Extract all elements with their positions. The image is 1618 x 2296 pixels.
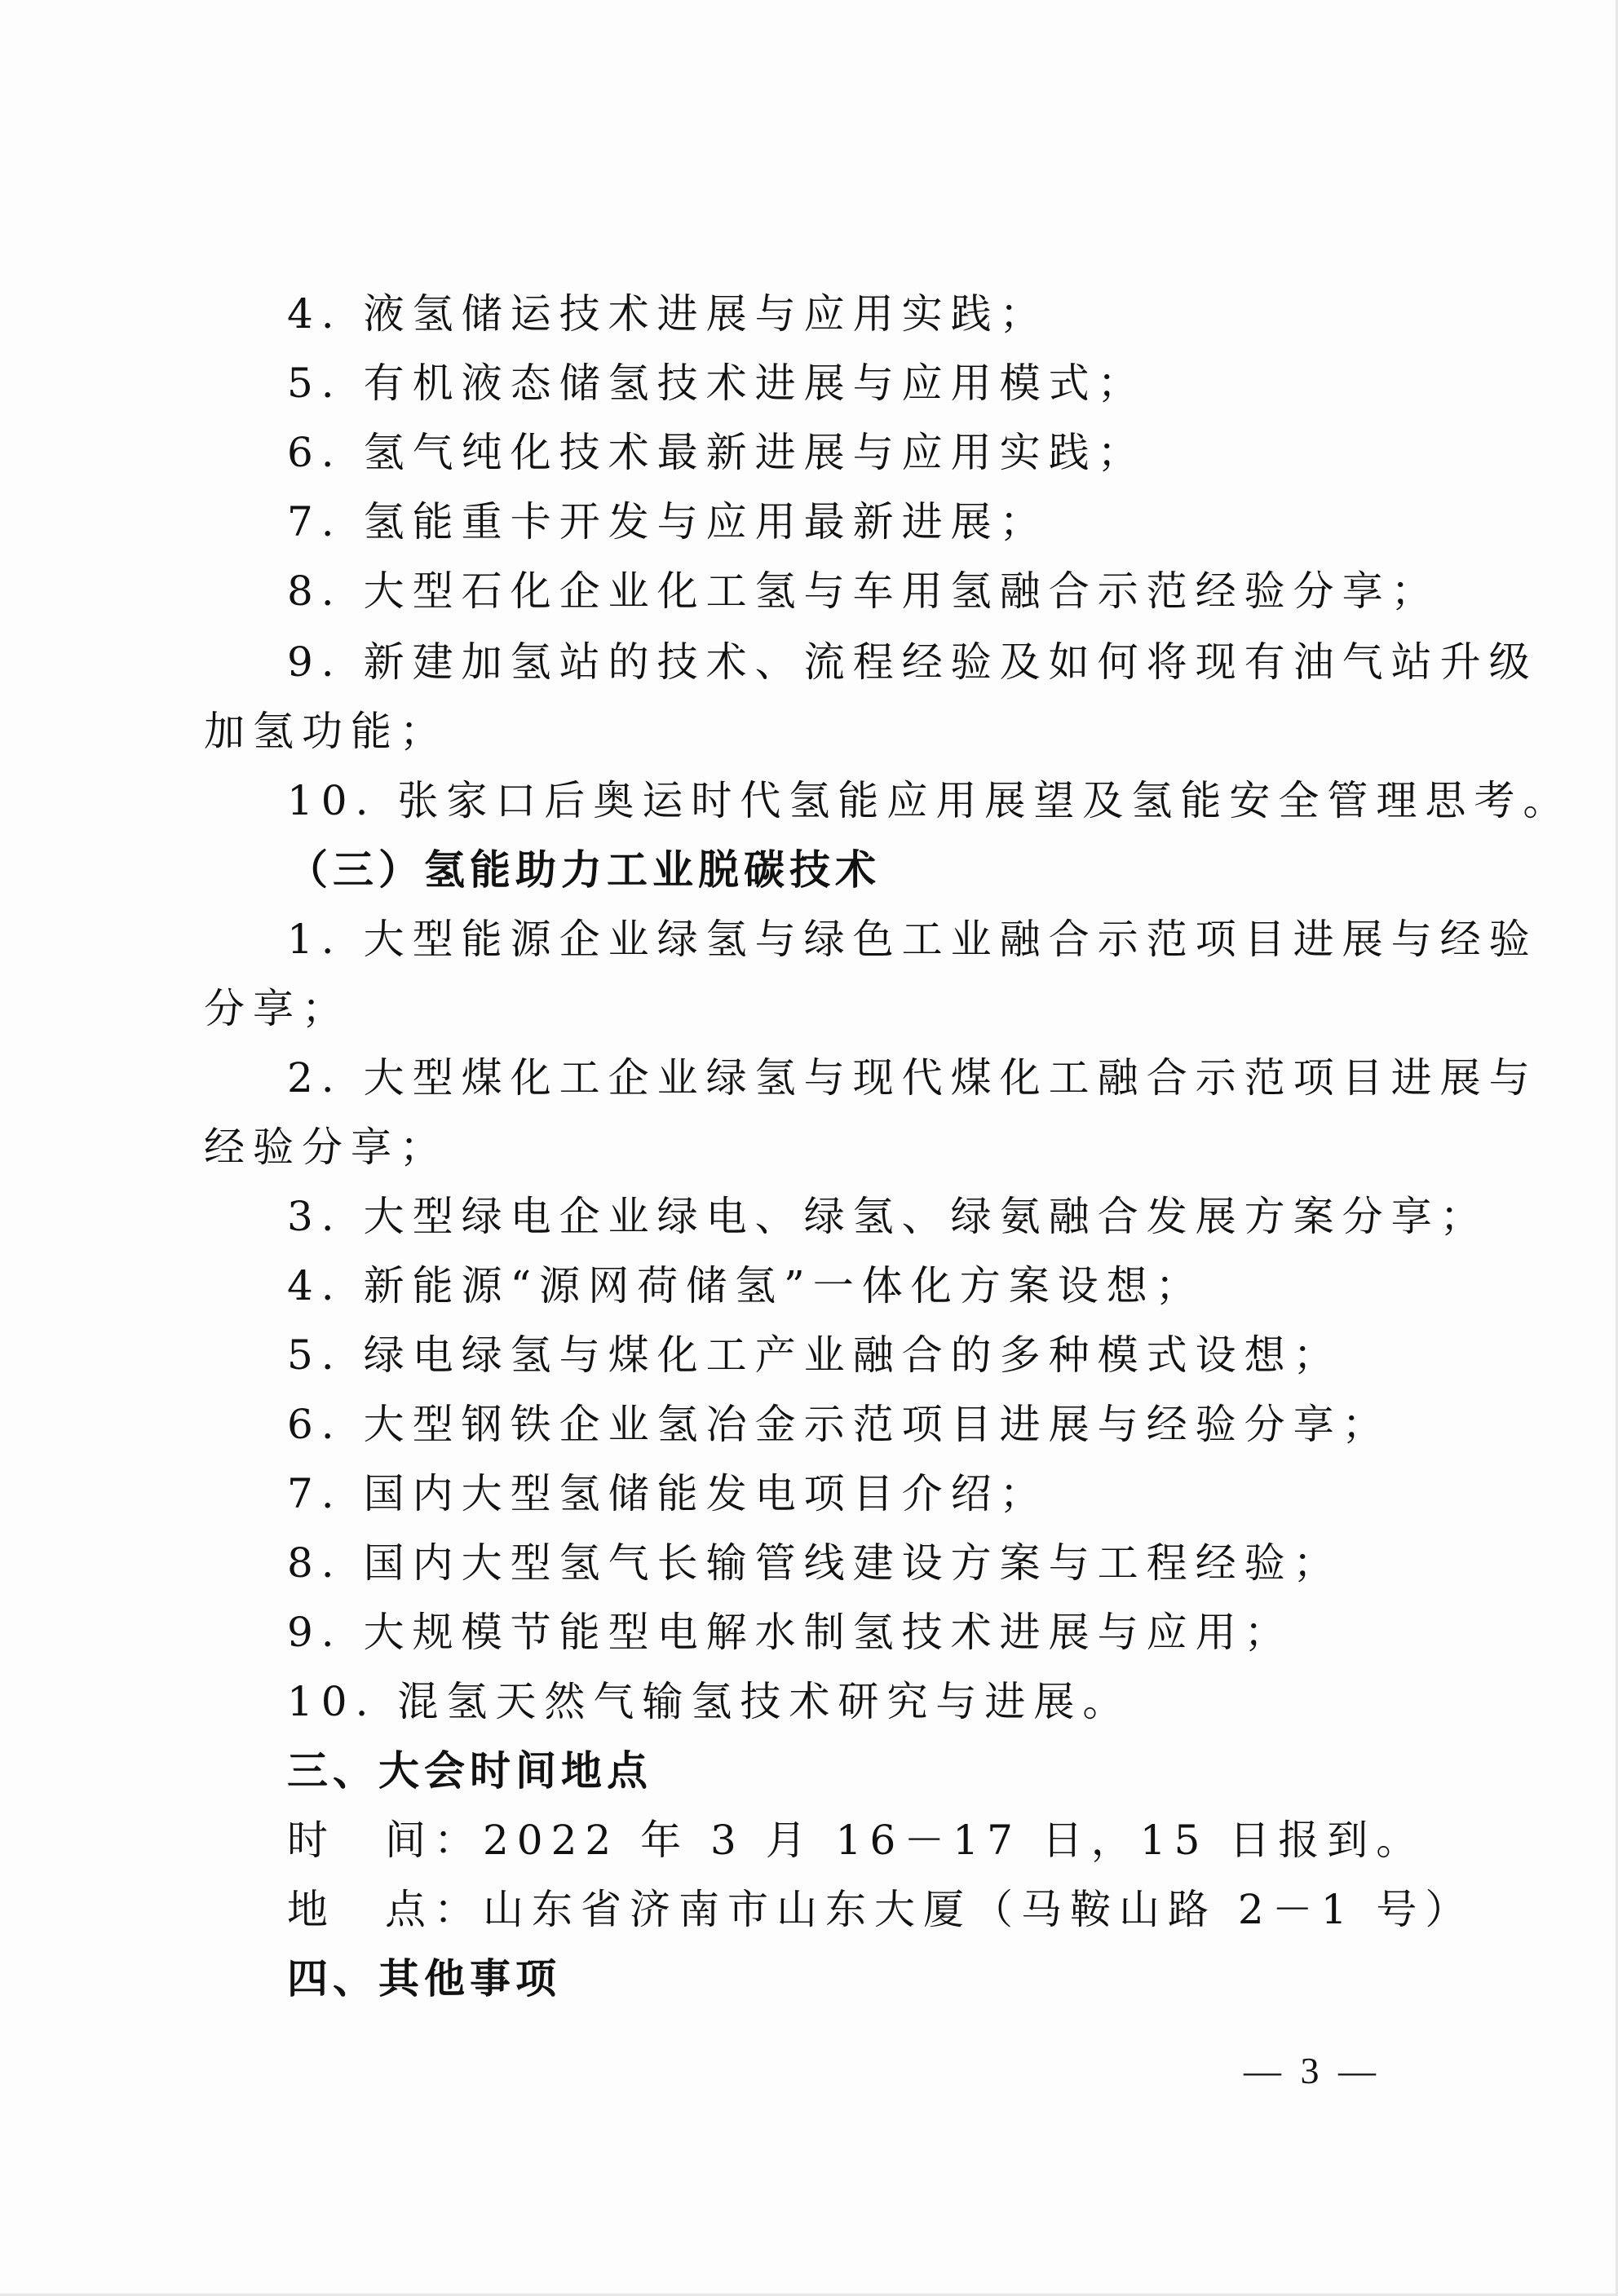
list-item-continuation: 分享； xyxy=(204,984,351,1033)
list-item: 8. 大型石化企业化工氢与车用氢融合示范经验分享； xyxy=(287,567,1440,616)
document-page: 4. 液氢储运技术进展与应用实践； 5. 有机液态储氢技术进展与应用模式； 6.… xyxy=(0,0,1618,2296)
list-item: 3. 大型绿电企业绿电、绿氢、绿氨融合发展方案分享； xyxy=(287,1192,1489,1241)
section-heading: 三、大会时间地点 xyxy=(287,1746,652,1795)
list-item: 4. 新能源“源网荷储氢”一体化方案设想； xyxy=(287,1261,1205,1310)
list-item: 10. 混氢天然气输氢技术研究与进展。 xyxy=(287,1677,1131,1726)
list-item-continuation: 经验分享； xyxy=(204,1123,449,1172)
section-heading: 四、其他事项 xyxy=(287,1954,561,2003)
list-item: 1. 大型能源企业绿氢与绿色工业融合示范项目进展与经验 xyxy=(287,915,1538,964)
subsection-heading: （三）氢能助力工业脱碳技术 xyxy=(287,846,881,894)
list-item: 8. 国内大型氢气长输管线建设方案与工程经验； xyxy=(287,1539,1342,1587)
list-item: 10. 张家口后奥运时代氢能应用展望及氢能安全管理思考。 xyxy=(287,776,1572,825)
list-item: 7. 国内大型氢储能发电项目介绍； xyxy=(287,1469,1049,1518)
meeting-time: 时 间：2022 年 3 月 16－17 日，15 日报到。 xyxy=(287,1816,1425,1865)
list-item: 5. 绿电绿氢与煤化工产业融合的多种模式设想； xyxy=(287,1331,1342,1380)
list-item: 9. 大规模节能型电解水制氢技术进展与应用； xyxy=(287,1608,1293,1657)
list-item: 6. 大型钢铁企业氢冶金示范项目进展与经验分享； xyxy=(287,1400,1391,1449)
list-item: 4. 液氢储运技术进展与应用实践； xyxy=(287,289,1049,338)
list-item: 5. 有机液态储氢技术进展与应用模式； xyxy=(287,359,1147,408)
list-item-continuation: 加氢功能； xyxy=(204,707,449,756)
list-item: 9. 新建加氢站的技术、流程经验及如何将现有油气站升级 xyxy=(287,638,1538,687)
meeting-place: 地 点：山东省济南市山东大厦（马鞍山路 2－1 号） xyxy=(287,1885,1474,1934)
list-item: 6. 氢气纯化技术最新进展与应用实践； xyxy=(287,428,1147,477)
list-item: 2. 大型煤化工企业绿氢与现代煤化工融合示范项目进展与 xyxy=(287,1053,1538,1102)
page-number: — 3 — xyxy=(1244,2051,1381,2091)
list-item: 7. 氢能重卡开发与应用最新进展； xyxy=(287,497,1049,546)
